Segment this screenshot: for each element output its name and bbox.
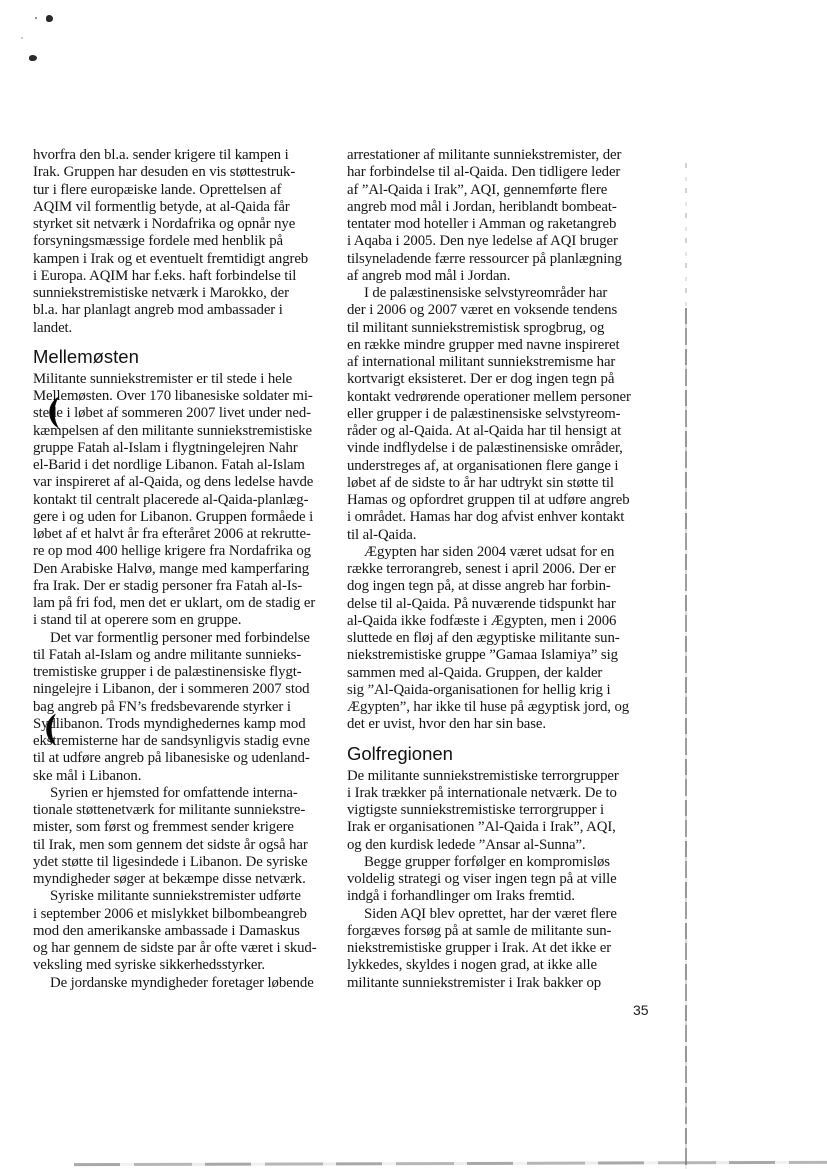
right-text-column: arrestationer af militante sunniekstremi… (347, 147, 663, 992)
paragraph-egypt: Ægypten har siden 2004 været udsat for e… (347, 544, 663, 734)
scan-edge-line-vertical-lower (685, 308, 687, 1169)
paragraph-strategy: Begge grupper forfølger en kompromisløs … (347, 854, 663, 906)
left-text-column: hvorfra den bl.a. sender krigere til kam… (33, 147, 339, 992)
section-heading-golfregionen: Golfregionen (347, 744, 663, 764)
ink-blot-crescent-artifact (39, 395, 60, 430)
paragraph-aqi-attempts: Siden AQI blev oprettet, har der været f… (347, 906, 663, 992)
page-number: 35 (633, 1002, 649, 1018)
paragraph-damascus-attack: Syriske militante sunniekstremister udfø… (33, 888, 339, 974)
section-heading-mellemoesten: Mellemøsten (33, 347, 339, 367)
paragraph-lebanon-fatah-al-islam: Militante sunniekstremister er til stede… (33, 371, 339, 630)
scan-speck-artifact (29, 55, 37, 61)
scan-speck-artifact (21, 37, 23, 39)
paragraph-palestinian-camps: Det var formentlig personer med forbinde… (33, 630, 339, 785)
scan-speck-artifact (46, 15, 53, 22)
scan-speck-artifact (35, 17, 37, 19)
paragraph-jordan-lead-in: De jordanske myndigheder foretager løben… (33, 975, 339, 992)
paragraph-syria-networks: Syrien er hjemsted for omfattende intern… (33, 785, 339, 889)
scan-edge-line-vertical-upper (685, 156, 687, 308)
paragraph-aqim-continuation: hvorfra den bl.a. sender krigere til kam… (33, 147, 339, 337)
scan-edge-line-bottom (74, 1161, 827, 1166)
paragraph-jordan-arrests: arrestationer af militante sunniekstremi… (347, 147, 663, 285)
scanned-document-page: hvorfra den bl.a. sender krigere til kam… (0, 0, 827, 1169)
paragraph-palestinian-areas: I de palæstinensiske selvstyreområder ha… (347, 285, 663, 544)
ink-blot-crescent-artifact (36, 712, 57, 747)
paragraph-iraq-terror-groups: De militante sunniekstremistiske terrorg… (347, 768, 663, 854)
